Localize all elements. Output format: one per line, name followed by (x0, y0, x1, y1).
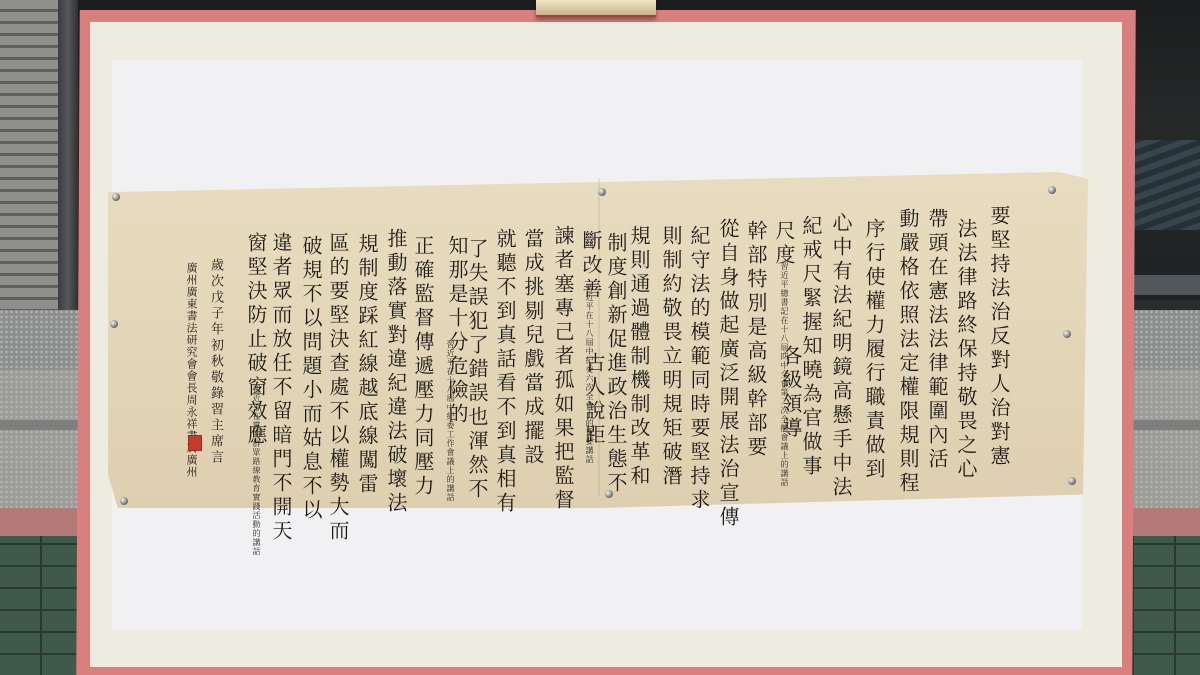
text-column: 序行使權力履行職責做到 (863, 218, 885, 482)
text-column: 規制度踩紅線越底線闖雷 (356, 233, 378, 497)
calligraphy-text: 要堅持法治反對人治對憲 法法律路終保持敬畏之心 帶頭在憲法法律範圍內活 動嚴格依… (0, 0, 1200, 675)
text-column: 紀守法的模範同時要堅持求 (688, 225, 710, 513)
text-column: 則制約敬畏立明規矩破潛 (660, 225, 682, 489)
signature-column: 歲次戊子年初秋敬錄習主席言 (208, 258, 222, 466)
annotation-column: 習近平在黨的群眾路線教育實踐活動的講話 (252, 385, 261, 556)
text-column: 心中有法紀明鏡高懸手中法 (830, 212, 852, 500)
text-column: 古人說距 (583, 352, 605, 448)
text-column: 規則通過體制機制改革和 (628, 225, 650, 489)
text-column: 當成挑剔兒戲當成擺設 (522, 228, 544, 468)
text-column: 破規不以問題小而姑息不以 (300, 235, 322, 523)
text-column: 法法律路終保持敬畏之心 (955, 218, 977, 482)
text-column: 了失誤犯了錯誤也渾然不 (466, 238, 488, 502)
text-column: 違者眾而放任不留暗門不開天 (270, 232, 292, 544)
text-column: 從自身做起廣泛開展法治宣傳 (717, 218, 739, 530)
text-column: 要堅持法治反對人治對憲 (988, 205, 1010, 469)
text-column: 制度創新促進政治生態不 (605, 232, 627, 496)
red-seal-stamp (188, 435, 202, 451)
text-column: 尺度 (773, 220, 795, 268)
text-column: 區的要堅決查處不以權勢大而 (327, 232, 349, 544)
text-column: 帶頭在憲法法律範圍內活 (926, 208, 948, 472)
text-column: 就聽不到真話看不到真相有 (494, 228, 516, 516)
text-column: 諫者塞專己者孤如果把監督 (552, 225, 574, 513)
text-column: 各級領導 (780, 345, 802, 441)
text-column: 動嚴格依照法定權限規則程 (897, 208, 919, 496)
text-column: 紀戒尺緊握知曉為官做事 (800, 215, 822, 479)
text-column: 幹部特別是高級幹部要 (745, 220, 767, 460)
text-column: 正確監督傳遞壓力同壓力 (412, 235, 434, 499)
text-column: 推動落實對違紀違法破壞法 (385, 228, 407, 516)
annotation-column: 習近平在十八屆中紀委工作會議上的講話 (446, 340, 455, 502)
